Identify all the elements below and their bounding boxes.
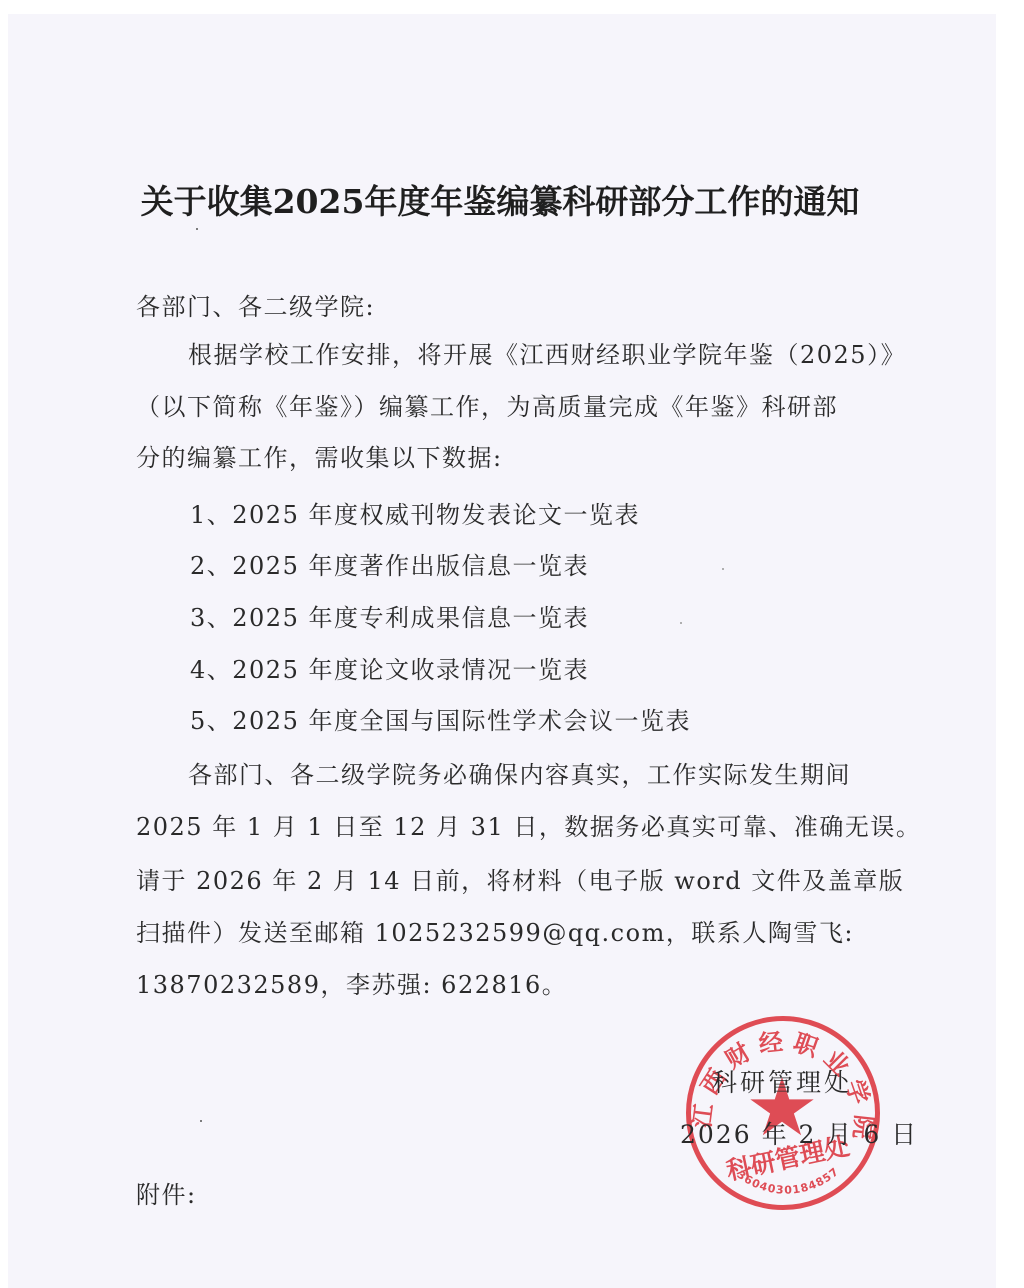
scan-speck	[722, 568, 724, 570]
signature-org: 科研管理处	[712, 1068, 852, 1098]
salutation: 各部门、各二级学院:	[136, 292, 375, 322]
paragraph-1-line-3: 分的编纂工作，需收集以下数据:	[136, 443, 503, 473]
paragraph-2-line-3: 请于 2026 年 2 月 14 日前，将材料（电子版 word 文件及盖章版	[136, 866, 904, 896]
list-item: 3、2025 年度专利成果信息一览表	[190, 603, 589, 633]
list-item: 5、2025 年度全国与国际性学术会议一览表	[190, 706, 691, 736]
list-item: 1、2025 年度权威刊物发表论文一览表	[190, 500, 640, 530]
paragraph-1-line-1: 根据学校工作安排，将开展《江西财经职业学院年鉴（2025）》	[188, 340, 906, 370]
scan-speck	[196, 228, 198, 230]
paragraph-2-line-5: 13870232589，李苏强: 622816。	[136, 970, 567, 1000]
official-seal: 江西财经职业学院 3604030184857 科研管理处	[686, 1016, 880, 1210]
signature-date: 2026 年 2 月 6 日	[680, 1120, 918, 1150]
paragraph-1-line-2: （以下简称《年鉴》）编纂工作，为高质量完成《年鉴》科研部	[136, 392, 838, 422]
scan-speck	[680, 622, 682, 624]
list-item: 2、2025 年度著作出版信息一览表	[190, 551, 589, 581]
document-title: 关于收集2025年度年鉴编纂科研部分工作的通知	[0, 176, 1000, 223]
attachment-label: 附件:	[136, 1180, 197, 1210]
paragraph-2-line-4: 扫描件）发送至邮箱 1025232599@qq.com，联系人陶雪飞:	[136, 918, 854, 948]
paragraph-2-line-1: 各部门、各二级学院务必确保内容真实，工作实际发生期间	[188, 760, 851, 790]
paragraph-2-line-2: 2025 年 1 月 1 日至 12 月 31 日，数据务必真实可靠、准确无误。	[136, 812, 921, 842]
scan-speck	[200, 1120, 202, 1122]
list-item: 4、2025 年度论文收录情况一览表	[190, 655, 589, 685]
